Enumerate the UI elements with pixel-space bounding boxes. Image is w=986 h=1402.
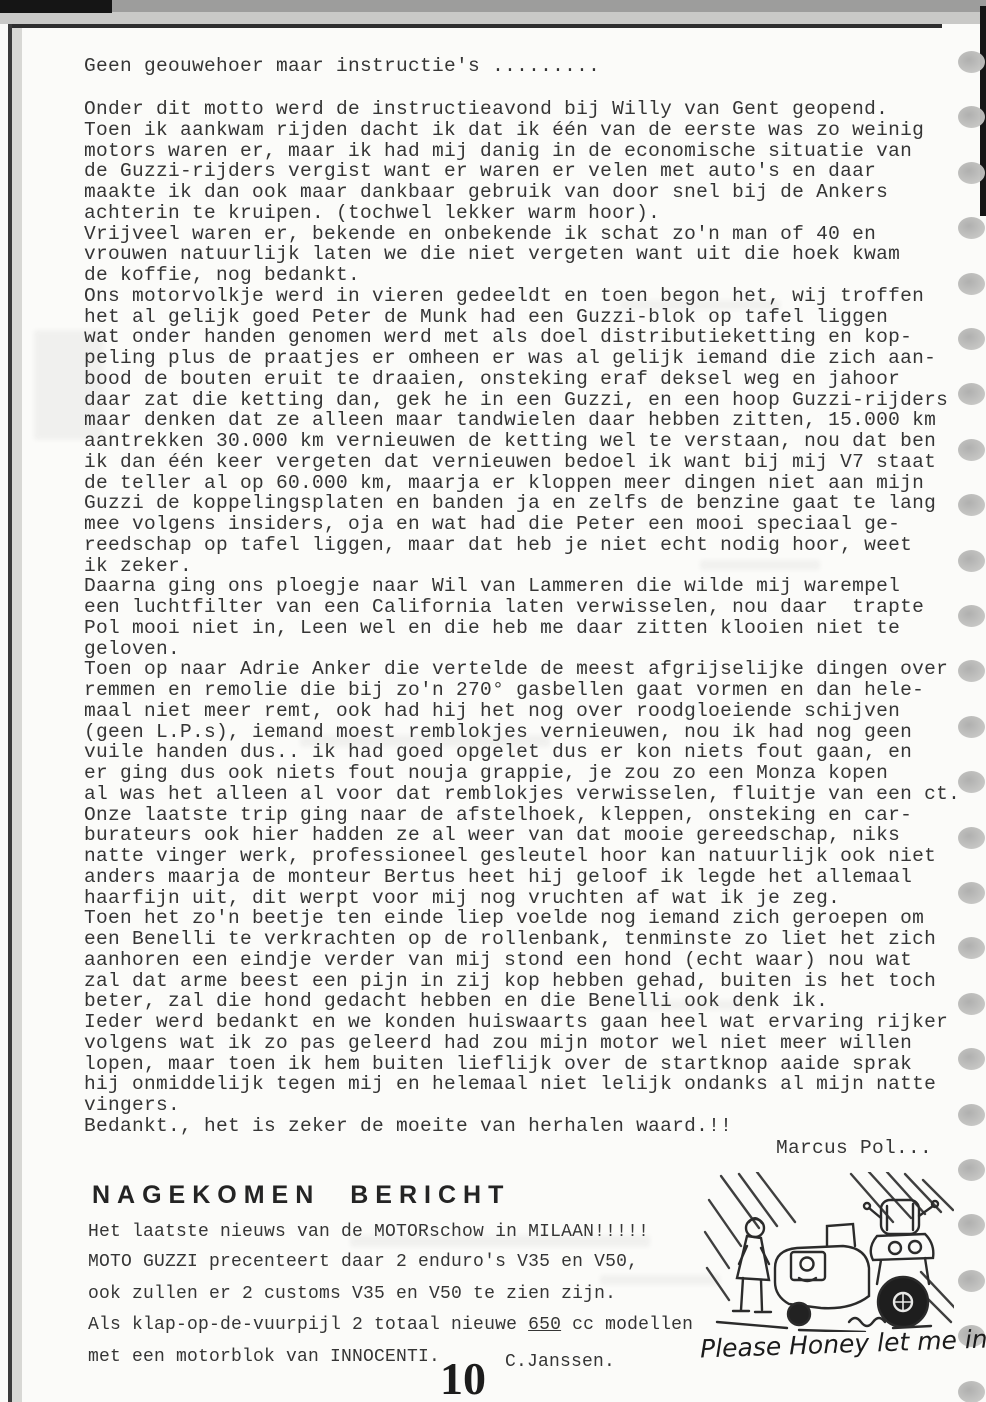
binding-hole (958, 1104, 985, 1126)
page-border-left-shadow (12, 28, 22, 1402)
binding-hole (958, 328, 985, 350)
sidecar (775, 1224, 869, 1325)
binding-hole (958, 51, 985, 73)
binding-hole (958, 605, 985, 627)
nagekomen-line-post: cc modellen (561, 1315, 693, 1335)
scan-top-bar (0, 0, 986, 12)
displacement-650-underlined: 650 (528, 1315, 561, 1335)
binding-hole (958, 217, 985, 239)
binding-hole (958, 771, 985, 793)
binding-hole (958, 827, 985, 849)
binding-hole (958, 162, 985, 184)
binding-hole (958, 882, 985, 904)
binding-hole (958, 273, 985, 295)
scan-corner-black (0, 0, 112, 13)
binding-hole (958, 494, 985, 516)
binding-hole (958, 937, 985, 959)
binding-hole (958, 1270, 985, 1292)
binding-hole (958, 716, 985, 738)
binding-hole (958, 1159, 985, 1181)
nagekomen-author: C.Janssen. (505, 1352, 615, 1372)
binding-hole (958, 660, 985, 682)
cartoon-motorcycle-sidecar-rain-icon (702, 1172, 954, 1332)
article-title: Geen geouwehoer maar instructie's ......… (84, 55, 600, 77)
article-body: Onder dit motto werd de instructieavond … (84, 99, 960, 1137)
nagekomen-line: Als klap-op-de-vuurpijl 2 totaal nieuwe … (88, 1315, 693, 1335)
scan-top-bar-light (0, 12, 986, 24)
nagekomen-line: MOTO GUZZI precenteert daar 2 enduro's V… (88, 1252, 638, 1272)
binding-hole (958, 550, 985, 572)
binding-hole (958, 1381, 985, 1402)
binding-hole (958, 439, 985, 461)
nagekomen-line: Het laatste nieuws van de MOTORschow in … (88, 1222, 649, 1242)
motorcycle (864, 1200, 938, 1327)
scanned-newsletter-page: Geen geouwehoer maar instructie's ......… (0, 0, 986, 1402)
nagekomen-bericht-heading: NAGEKOMEN BERICHT (92, 1181, 510, 1210)
nagekomen-line: met een motorblok van INNOCENTI. (88, 1347, 440, 1367)
person-figure (733, 1218, 771, 1312)
nagekomen-line-pre: Als klap-op-de-vuurpijl 2 totaal nieuwe (88, 1315, 528, 1335)
binding-hole (958, 1048, 985, 1070)
page-number: 10 (440, 1352, 486, 1402)
nagekomen-line: ook zullen er 2 customs V35 en V50 te zi… (88, 1284, 616, 1304)
binding-hole (958, 1214, 985, 1236)
binding-hole (958, 383, 985, 405)
author-signature: Marcus Pol... (776, 1137, 932, 1159)
binding-hole (958, 993, 985, 1015)
page-border-top (12, 24, 942, 28)
page-border-left (8, 24, 12, 1402)
